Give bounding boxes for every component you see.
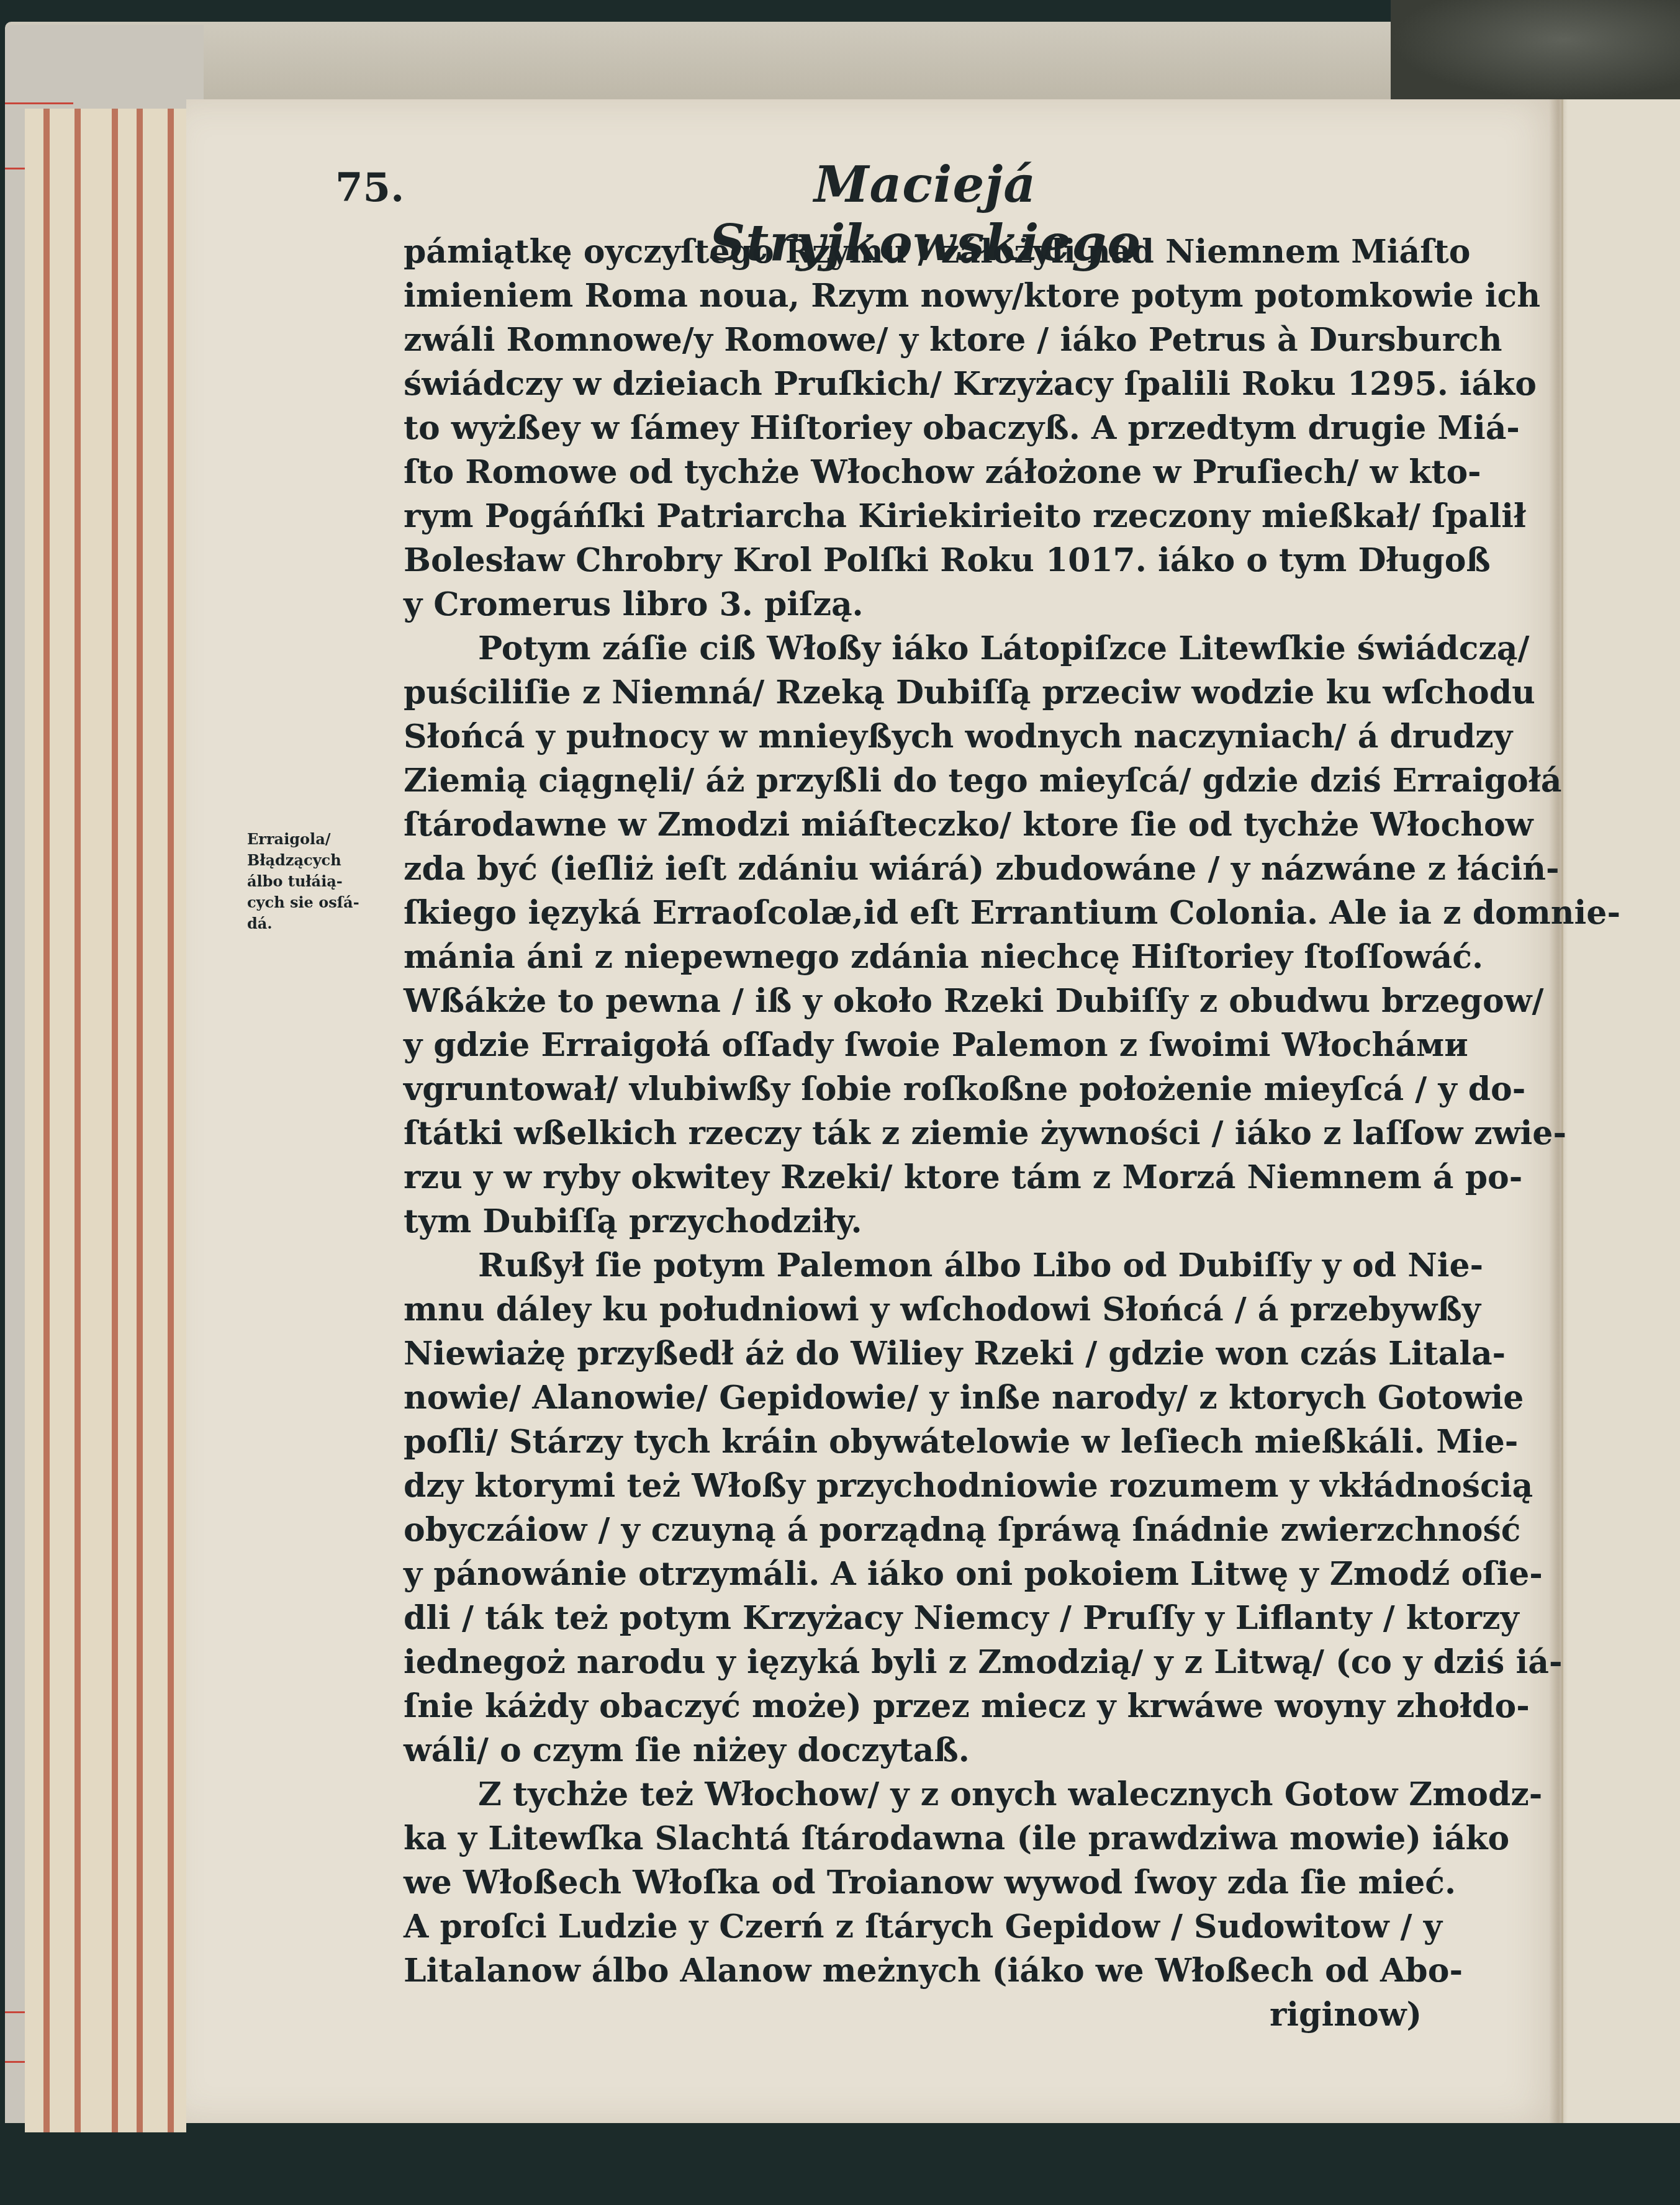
text-line: ka y Litewſka Slachtá ſtárodawna (ile pr… bbox=[404, 1816, 1422, 1860]
text-line: poſli/ Stárzy tych kráin obywátelowie w … bbox=[404, 1420, 1422, 1464]
paragraph: Potym záſie ciß Włoßy iáko Látopiſzce Li… bbox=[404, 626, 1422, 1243]
text-line: we Włoßech Włoſka od Troianow wywod ſwoy… bbox=[404, 1860, 1422, 1905]
text-line: ſkiego ięzyká Erraoſcolæ,id eſt Errantiu… bbox=[404, 891, 1422, 935]
text-line: y Cromerus libro 3. piſzą. bbox=[404, 582, 1422, 626]
text-line: rzu y w ryby okwitey Rzeki/ ktore tám z … bbox=[404, 1155, 1422, 1199]
text-line: tym Dubiſſą przychodziły. bbox=[404, 1199, 1422, 1243]
text-line: Niewiażę przyßedł áż do Wiliey Rzeki / g… bbox=[404, 1332, 1422, 1376]
page-edge bbox=[75, 109, 81, 2132]
text-line: mnu dáley ku południowi y wſchodowi Słoń… bbox=[404, 1287, 1422, 1332]
text-line: to wyżßey w ſámey Hiſtoriey obaczyß. A p… bbox=[404, 406, 1422, 450]
text-line: wáli/ o czym ſie niżey doczytaß. bbox=[404, 1728, 1422, 1772]
page-edge bbox=[137, 109, 143, 2132]
text-line: Słońcá y pułnocy w mnieyßych wodnych nac… bbox=[404, 715, 1422, 759]
page-edge bbox=[43, 109, 50, 2132]
text-line: ſto Romowe od tychże Włochow záłożone w … bbox=[404, 450, 1422, 494]
text-line: puściliſie z Niemná/ Rzeką Dubiſſą przec… bbox=[404, 670, 1422, 715]
red-rule-line bbox=[5, 102, 73, 104]
text-line: Bolesław Chrobry Krol Polſki Roku 1017. … bbox=[404, 538, 1422, 582]
text-line: obyczáiow / y czuyną á porządną ſpráwą ſ… bbox=[404, 1508, 1422, 1552]
text-line: imieniem Roma noua, Rzym nowy/ktore poty… bbox=[404, 274, 1422, 318]
text-line: y pánowánie otrzymáli. A iáko oni pokoie… bbox=[404, 1552, 1422, 1596]
text-line: y gdzie Erraigołá oſſady ſwoie Palemon z… bbox=[404, 1023, 1422, 1067]
text-line: ſtárodawne w Zmodzi miáſteczko/ ktore ſi… bbox=[404, 803, 1422, 847]
text-line: dzy ktorymi też Włoßy przychodniowie roz… bbox=[404, 1464, 1422, 1508]
text-line: zda być (ieſliż ieſt zdániu wiárá) zbudo… bbox=[404, 847, 1422, 891]
text-line: pámiątkę oyczyſtego Rzymu / záłożyli nád… bbox=[404, 230, 1422, 274]
body-text: pámiątkę oyczyſtego Rzymu / záłożyli nád… bbox=[404, 230, 1422, 2037]
page-edge bbox=[168, 109, 174, 2132]
paragraph: Z tychże też Włochow/ y z onych waleczny… bbox=[404, 1772, 1422, 2037]
background-table bbox=[186, 2123, 1680, 2205]
margin-note-line: Erraigola/ bbox=[247, 829, 384, 850]
text-line: Rußył ſie potym Palemon álbo Libo od Dub… bbox=[404, 1243, 1422, 1287]
margin-note-line: cych sie osſá- bbox=[247, 892, 384, 913]
text-line: iednegoż narodu y ięzyká byli z Zmodzią/… bbox=[404, 1640, 1422, 1684]
text-line: ſtátki wßelkich rzeczy ták z ziemie żywn… bbox=[404, 1111, 1422, 1155]
paragraph: pámiątkę oyczyſtego Rzymu / záłożyli nád… bbox=[404, 230, 1422, 626]
text-line: Z tychże też Włochow/ y z onych waleczny… bbox=[404, 1772, 1422, 1816]
text-line: mánia áni z niepewnego zdánia niechcę Hi… bbox=[404, 935, 1422, 979]
text-line: nowie/ Alanowie/ Gepidowie/ y inße narod… bbox=[404, 1376, 1422, 1420]
facing-page-edge bbox=[1561, 99, 1680, 2205]
text-line: A proſci Ludzie y Czerń z ſtárych Gepido… bbox=[404, 1905, 1422, 1949]
marginal-note: Erraigola/ Błądzących álbo tułáią- cych … bbox=[247, 829, 384, 934]
margin-note-line: dá. bbox=[247, 913, 384, 934]
margin-note-line: álbo tułáią- bbox=[247, 871, 384, 892]
text-line: Potym záſie ciß Włoßy iáko Látopiſzce Li… bbox=[404, 626, 1422, 670]
gutter-fold bbox=[1549, 99, 1568, 2205]
paragraph: Rußył ſie potym Palemon álbo Libo od Dub… bbox=[404, 1243, 1422, 1772]
text-line: riginow) bbox=[404, 1993, 1422, 2037]
page-stack-edges bbox=[25, 109, 192, 2132]
text-line: Ziemią ciągnęli/ áż przyßli do tego miey… bbox=[404, 759, 1422, 803]
text-line: rym Pogáńſki Patriarcha Kiriekirieito rz… bbox=[404, 494, 1422, 538]
text-line: dli / ták też potym Krzyżacy Niemcy / Pr… bbox=[404, 1596, 1422, 1640]
book-top-cover bbox=[5, 22, 1483, 102]
text-line: Wßákże to pewna / iß y około Rzeki Dubiſ… bbox=[404, 979, 1422, 1023]
book-headband bbox=[1391, 0, 1680, 110]
text-line: Litalanow álbo Alanow meżnych (iáko we W… bbox=[404, 1949, 1422, 1993]
text-line: vgruntował/ vlubiwßy ſobie roſkoßne poło… bbox=[404, 1067, 1422, 1111]
text-line: świádczy w dzieiach Pruſkich/ Krzyżacy ſ… bbox=[404, 362, 1422, 406]
page-number: 75. bbox=[335, 165, 404, 211]
margin-note-line: Błądzących bbox=[247, 850, 384, 871]
text-line: ſnie káżdy obaczyć może) przez miecz y k… bbox=[404, 1684, 1422, 1728]
page-edge bbox=[112, 109, 118, 2132]
text-line: zwáli Romnowe/y Romowe/ y ktore / iáko P… bbox=[404, 318, 1422, 362]
